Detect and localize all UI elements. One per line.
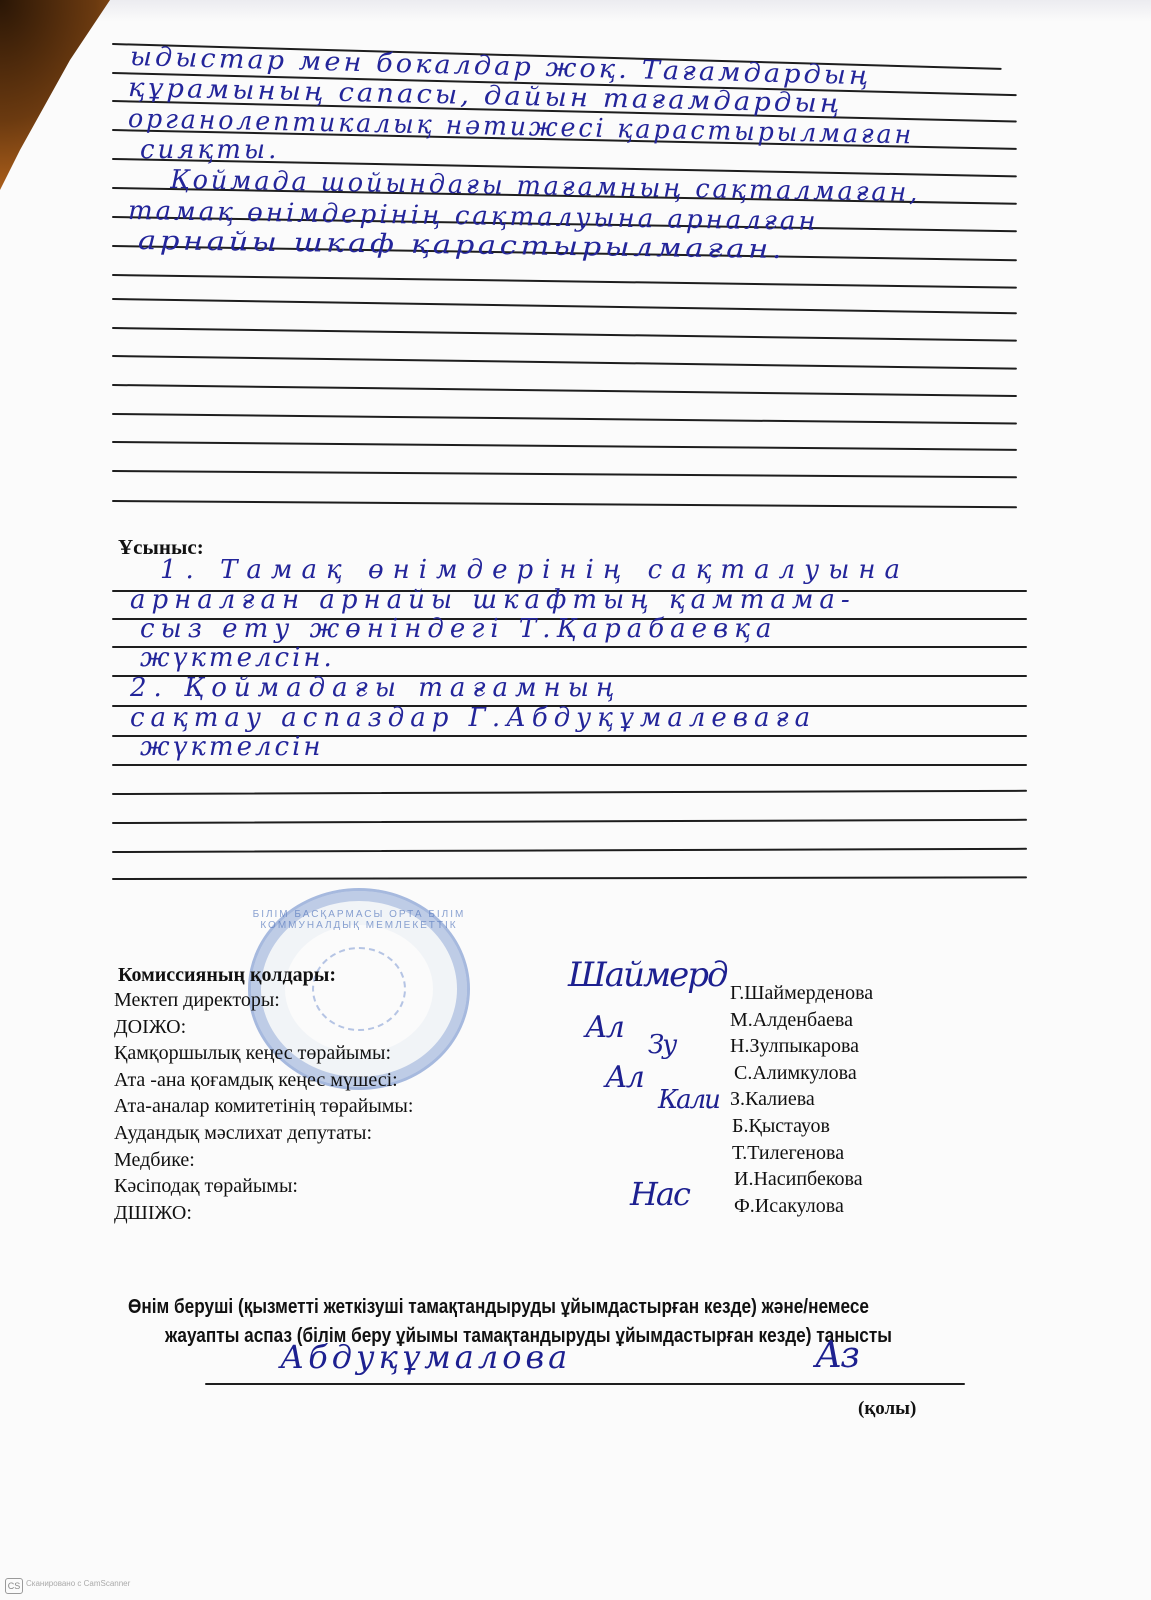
member-name: И.Насипбекова: [730, 1166, 873, 1193]
rule-line: [112, 764, 1027, 766]
handwritten-line: жүктелсін.: [140, 643, 335, 673]
signature: Ал: [605, 1060, 643, 1095]
camscanner-logo-icon: CS: [5, 1578, 23, 1594]
responsible-cook-handwritten-name: Абдуқұмалова: [280, 1338, 571, 1376]
handwritten-line: 2. Қоймадағы тағамның: [130, 673, 621, 703]
rule-line: [112, 848, 1027, 853]
role-label: Кәсіподақ төрайымы:: [114, 1173, 413, 1200]
signature: Кали: [658, 1085, 719, 1115]
handwritten-line: 1. Тамақ өнімдерінің сақталуына: [160, 555, 909, 585]
role-label: Мектеп директоры:: [114, 987, 413, 1014]
camscanner-watermark: Сканировано с CamScanner: [26, 1579, 130, 1588]
rule-line: [112, 413, 1017, 424]
signature: Нас: [630, 1175, 689, 1213]
scan-top-shadow: [0, 0, 1151, 22]
commission-roles: Мектеп директоры: ДОІЖО: Қамқоршылық кең…: [114, 987, 413, 1226]
commission-heading: Комиссияның қолдары:: [118, 964, 336, 987]
member-name: Ф.Исакулова: [730, 1193, 873, 1220]
rule-line: [112, 876, 1027, 880]
rule-line: [112, 274, 1017, 289]
member-name: З.Калиева: [730, 1086, 873, 1113]
rule-line: [112, 819, 1027, 824]
signature: Зу: [648, 1030, 675, 1060]
signature-line: [205, 1383, 965, 1385]
stamp-text: БІЛІМ БАСҚАРМАСЫ ОРТА БІЛІМ КОММУНАЛДЫҚ …: [251, 909, 467, 931]
member-name: С.Алимкулова: [730, 1060, 873, 1087]
acknowledgment-line-1: Өнім беруші (қызметті жеткізуші тамақтан…: [128, 1296, 869, 1319]
signature: Ал: [585, 1010, 623, 1045]
rule-line: [112, 384, 1017, 397]
role-label: Ата-аналар комитетінің төрайымы:: [114, 1093, 413, 1120]
member-name: Г.Шаймерденова: [730, 980, 873, 1007]
commission-names: Г.Шаймерденова М.Алденбаева Н.Зулпыкаров…: [730, 980, 873, 1219]
member-name: Т.Тилегенова: [730, 1140, 873, 1167]
member-name: Н.Зулпыкарова: [730, 1033, 873, 1060]
role-label: Аудандық мәслихат депутаты:: [114, 1120, 413, 1147]
rule-line: [112, 298, 1017, 314]
handwritten-line: арналған арнайы шкафтың қамтама-: [130, 585, 856, 615]
rule-line: [112, 327, 1017, 342]
role-label: Медбике:: [114, 1147, 413, 1174]
signature-caption: (қолы): [858, 1398, 916, 1420]
role-label: ДШІЖО:: [114, 1200, 413, 1227]
member-name: Б.Қыстауов: [730, 1113, 873, 1140]
role-label: Ата -ана қоғамдық кеңес мүшесі:: [114, 1067, 413, 1094]
rule-line: [112, 441, 1017, 451]
handwritten-line: жүктелсін: [140, 732, 324, 762]
rule-line: [112, 355, 1017, 370]
role-label: Қамқоршылық кеңес төрайымы:: [114, 1040, 413, 1067]
rule-line: [112, 500, 1017, 508]
handwritten-line: сыз ету жөніндегі Т.Қарабаевқа: [140, 614, 777, 644]
member-name: М.Алденбаева: [730, 1007, 873, 1034]
rule-line: [112, 790, 1027, 795]
role-label: ДОІЖО:: [114, 1014, 413, 1041]
signature: Шаймерд: [568, 955, 727, 995]
handwritten-line: сақтау аспаздар Г.Абдуқұмалеваға: [130, 703, 816, 733]
responsible-cook-signature: Аз: [815, 1335, 858, 1376]
rule-line: [112, 470, 1017, 478]
handwritten-line: сияқты.: [140, 135, 279, 165]
